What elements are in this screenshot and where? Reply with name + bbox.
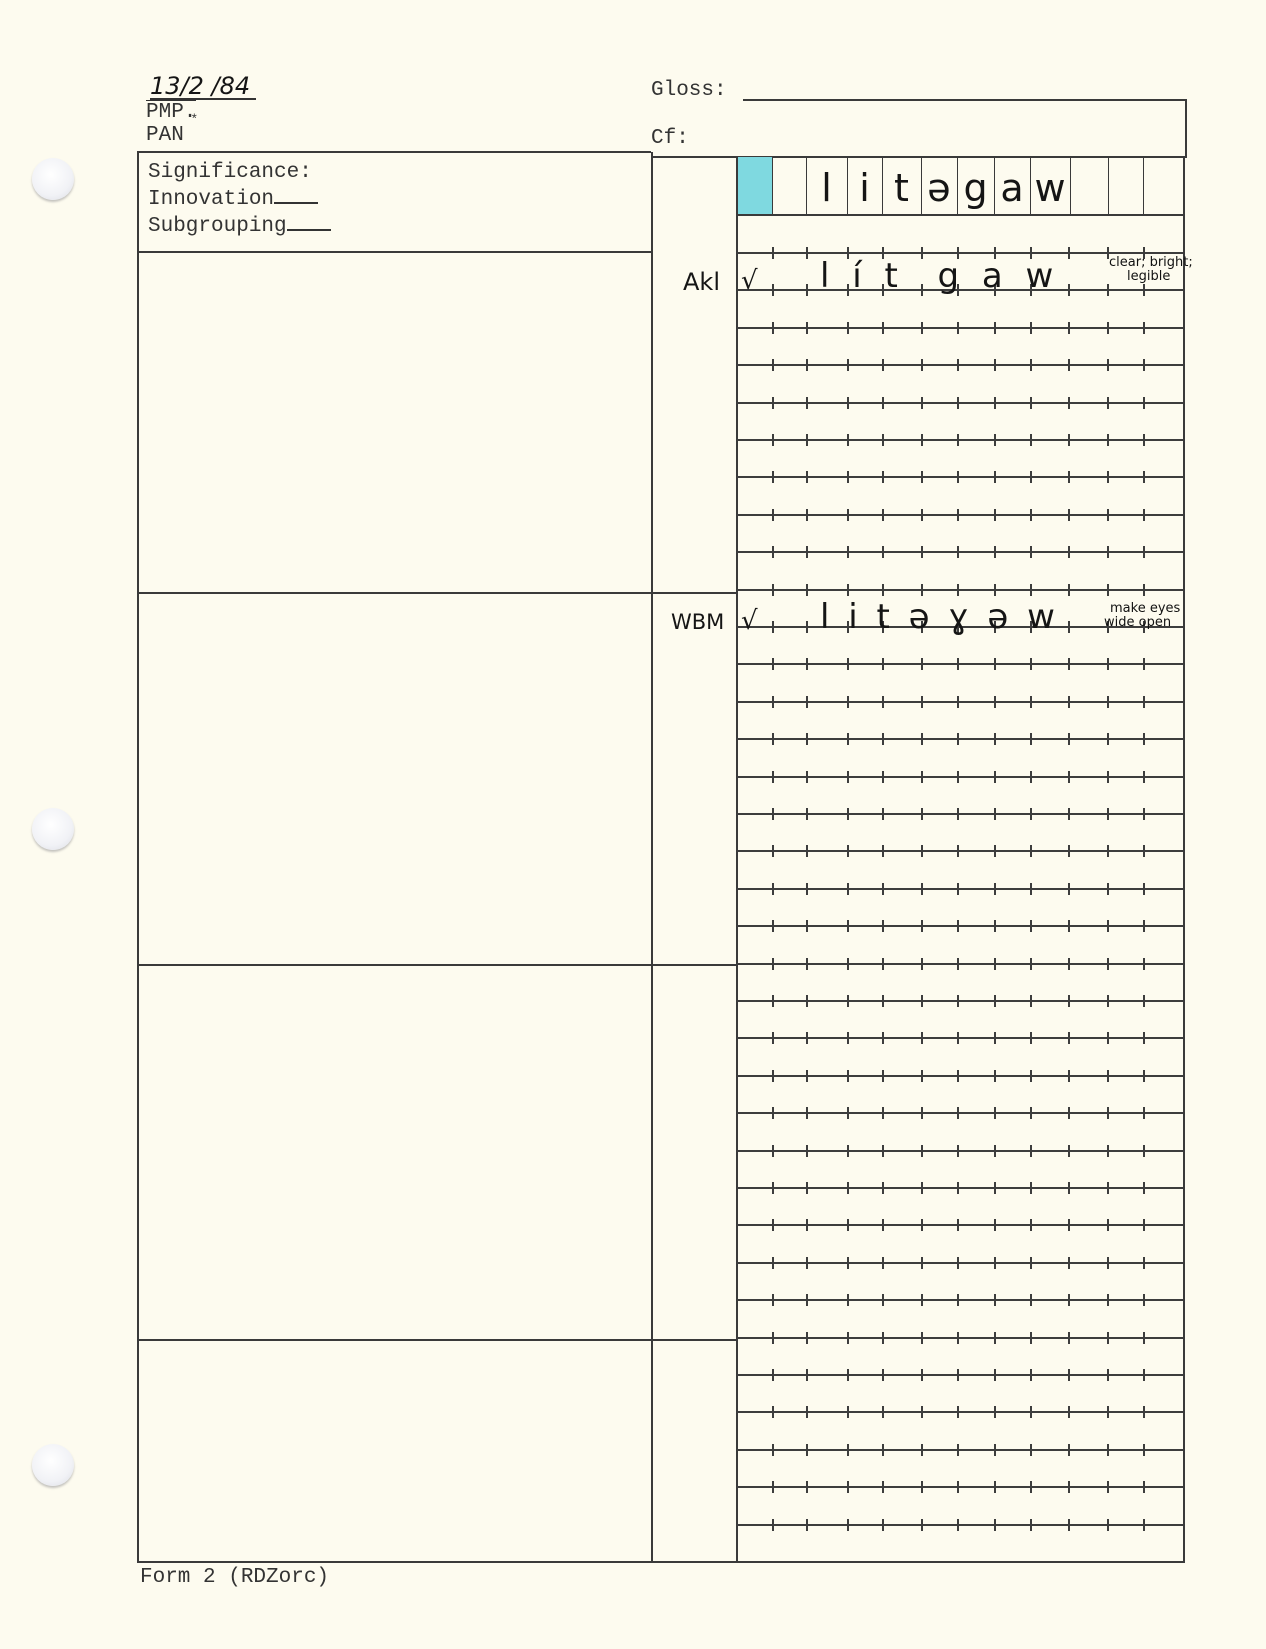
ruled-line-tick <box>1068 322 1070 334</box>
ruled-line-tick <box>1107 658 1109 670</box>
ruled-line-tick <box>847 1219 849 1231</box>
ruled-line-tick <box>1107 733 1109 745</box>
ruled-line-tick <box>921 995 923 1007</box>
ruled-line-tick <box>806 247 808 259</box>
ruled-line-tick <box>921 1070 923 1082</box>
ruled-line-tick <box>772 284 774 296</box>
significance-box-bottom <box>138 251 651 253</box>
ruled-line-tick <box>994 1145 996 1157</box>
ruled-line-tick <box>957 397 959 409</box>
ruled-line-tick <box>957 1257 959 1269</box>
entry-wbm-form-text: l i t ə ɣ ə w <box>820 599 1059 635</box>
ruled-line-tick <box>806 621 808 633</box>
ruled-line-tick <box>994 1294 996 1306</box>
ruled-line-tick <box>847 584 849 596</box>
ruled-line-tick <box>1143 1294 1145 1306</box>
ruled-line-tick <box>882 584 884 596</box>
ruled-line-tick <box>772 546 774 558</box>
ruled-line-tick <box>806 1369 808 1381</box>
ruled-line-tick <box>806 471 808 483</box>
ruled-line <box>737 252 1183 254</box>
ruled-line-tick <box>1068 958 1070 970</box>
ruled-line-tick <box>994 509 996 521</box>
ruled-line <box>737 925 1183 927</box>
ruled-line-tick <box>847 1481 849 1493</box>
ruled-line-tick <box>1068 883 1070 895</box>
ruled-line-tick <box>921 1481 923 1493</box>
ruled-line-tick <box>806 1257 808 1269</box>
ruled-line-tick <box>1107 845 1109 857</box>
ruled-line-tick <box>806 1519 808 1531</box>
ruled-line-tick <box>806 808 808 820</box>
ruled-line-tick <box>1143 995 1145 1007</box>
ruled-line <box>737 1187 1183 1189</box>
ruled-line-tick <box>957 471 959 483</box>
ruled-line-tick <box>1107 584 1109 596</box>
ruled-line-tick <box>806 733 808 745</box>
ruled-line-tick <box>847 920 849 932</box>
ruled-line-tick <box>847 845 849 857</box>
ruled-line-tick <box>806 434 808 446</box>
ruled-line-tick <box>1143 1481 1145 1493</box>
reconstruction-cell-char: i <box>847 168 882 208</box>
ruled-line-tick <box>994 771 996 783</box>
innovation-field[interactable] <box>274 185 318 204</box>
ruled-line-tick <box>1143 1444 1145 1456</box>
ruled-line-tick <box>921 1444 923 1456</box>
ruled-line-tick <box>847 808 849 820</box>
ruled-line <box>737 439 1183 441</box>
reconstruction-cell[interactable] <box>1070 157 1109 215</box>
ruled-line-tick <box>1030 733 1032 745</box>
ruled-line-tick <box>1068 1032 1070 1044</box>
ruled-line-tick <box>806 1444 808 1456</box>
ruled-line-tick <box>1143 322 1145 334</box>
ruled-line-tick <box>957 1369 959 1381</box>
ruled-line-tick <box>806 845 808 857</box>
ruled-line-tick <box>1068 845 1070 857</box>
ruled-line-tick <box>882 1519 884 1531</box>
ruled-line-tick <box>1068 1219 1070 1231</box>
cf-field[interactable] <box>690 122 1090 148</box>
ruled-line-tick <box>994 1406 996 1418</box>
ruled-line-tick <box>921 322 923 334</box>
significance-title: Significance: <box>148 160 331 185</box>
ruled-line-tick <box>1107 1219 1109 1231</box>
ruled-line-tick <box>921 1257 923 1269</box>
ruled-line-tick <box>772 658 774 670</box>
ruled-line-tick <box>1030 322 1032 334</box>
ruled-line <box>737 888 1183 890</box>
ruled-line-tick <box>1068 920 1070 932</box>
ruled-line-tick <box>772 397 774 409</box>
ruled-line-tick <box>921 397 923 409</box>
ruled-line-tick <box>847 995 849 1007</box>
entry-akl-check[interactable]: √ <box>741 266 758 296</box>
ruled-line-tick <box>1068 995 1070 1007</box>
ruled-line-tick <box>1030 1182 1032 1194</box>
ruled-line-tick <box>772 1406 774 1418</box>
ruled-line-tick <box>847 1070 849 1082</box>
ruled-line-tick <box>806 883 808 895</box>
ruled-line-tick <box>921 1032 923 1044</box>
ruled-line-tick <box>921 771 923 783</box>
ruled-line-tick <box>994 1369 996 1381</box>
ruled-line-tick <box>1030 1145 1032 1157</box>
ruled-line-tick <box>1030 1444 1032 1456</box>
ruled-line-tick <box>1068 771 1070 783</box>
innovation-row: Innovation <box>148 185 331 212</box>
ruled-line-tick <box>772 1444 774 1456</box>
ruled-line-tick <box>806 696 808 708</box>
ruled-line-tick <box>772 621 774 633</box>
entry-akl-form: l í t g a w <box>820 256 1060 296</box>
ruled-line-tick <box>957 958 959 970</box>
ruled-line-tick <box>994 322 996 334</box>
ruled-line-tick <box>882 1070 884 1082</box>
ruled-line-tick <box>1107 471 1109 483</box>
ruled-line-tick <box>994 1519 996 1531</box>
ruled-line-tick <box>921 471 923 483</box>
ruled-line-tick <box>1068 509 1070 521</box>
ruled-line-tick <box>957 546 959 558</box>
ruled-line-tick <box>772 733 774 745</box>
ruled-line-tick <box>772 247 774 259</box>
ruled-line <box>737 514 1183 516</box>
ruled-line-tick <box>772 845 774 857</box>
hole-punch-bottom <box>32 1444 74 1486</box>
ruled-line-tick <box>921 808 923 820</box>
ruled-line-tick <box>921 546 923 558</box>
ruled-line-tick <box>994 1182 996 1194</box>
ruled-line-tick <box>882 509 884 521</box>
ruled-line-tick <box>806 1032 808 1044</box>
ruled-line-tick <box>994 1032 996 1044</box>
ruled-line-tick <box>1107 397 1109 409</box>
ruled-line-tick <box>921 584 923 596</box>
ruled-line-tick <box>882 1145 884 1157</box>
ruled-line-tick <box>1107 696 1109 708</box>
ruled-line-tick <box>957 808 959 820</box>
ruled-line-tick <box>882 1294 884 1306</box>
ruled-line-tick <box>1143 359 1145 371</box>
ruled-line <box>737 1524 1183 1526</box>
ruled-line-tick <box>921 845 923 857</box>
ruled-line-tick <box>1107 1406 1109 1418</box>
ruled-line-tick <box>847 359 849 371</box>
ruled-line-tick <box>957 1294 959 1306</box>
ruled-line-tick <box>772 322 774 334</box>
ruled-line-tick <box>957 322 959 334</box>
ruled-line-tick <box>994 920 996 932</box>
ruled-line-tick <box>1143 1145 1145 1157</box>
ruled-line <box>737 1486 1183 1488</box>
ruled-line-tick <box>1068 1182 1070 1194</box>
ruled-line-tick <box>772 1032 774 1044</box>
ruled-line-tick <box>1143 1332 1145 1344</box>
ruled-line-tick <box>847 1406 849 1418</box>
ruled-line-tick <box>882 434 884 446</box>
ruled-line-tick <box>957 1107 959 1119</box>
ruled-line-tick <box>1143 771 1145 783</box>
ruled-line-tick <box>882 1481 884 1493</box>
frame-bottom-border <box>137 1561 1184 1563</box>
ruled-line-tick <box>806 658 808 670</box>
ruled-line-tick <box>1143 658 1145 670</box>
ruled-line-tick <box>921 920 923 932</box>
ruled-line-tick <box>1030 1519 1032 1531</box>
ruled-line-tick <box>1107 808 1109 820</box>
ruled-line-tick <box>1107 883 1109 895</box>
ruled-line-tick <box>1107 359 1109 371</box>
ruled-line-tick <box>921 1182 923 1194</box>
hole-punch-top <box>32 158 74 200</box>
ruled-line-tick <box>1143 546 1145 558</box>
subgrouping-field[interactable] <box>287 212 331 231</box>
ruled-line-tick <box>1143 471 1145 483</box>
ruled-line-tick <box>957 920 959 932</box>
ruled-line-tick <box>772 1481 774 1493</box>
ruled-line-tick <box>847 471 849 483</box>
ruled-line-tick <box>994 546 996 558</box>
section-divider-3 <box>138 1339 737 1341</box>
ruled-line-tick <box>921 958 923 970</box>
reconstruction-cell-highlighted[interactable] <box>737 157 773 215</box>
significance-box: Significance: Innovation Subgrouping <box>148 160 331 239</box>
ruled-line-tick <box>1143 920 1145 932</box>
ruled-line-tick <box>994 434 996 446</box>
ruled-line-tick <box>1068 1406 1070 1418</box>
ruled-line-tick <box>772 883 774 895</box>
ruled-line-tick <box>882 1369 884 1381</box>
ruled-line <box>737 1262 1183 1264</box>
ruled-line-tick <box>994 1070 996 1082</box>
ruled-line-tick <box>806 920 808 932</box>
ruled-line-tick <box>957 696 959 708</box>
cell-row-bottom <box>736 214 1185 216</box>
ruled-line-tick <box>994 1257 996 1269</box>
reconstruction-cell[interactable] <box>1143 157 1186 215</box>
ruled-line-tick <box>882 658 884 670</box>
ruled-line-tick <box>1143 845 1145 857</box>
ruled-line-tick <box>1030 1032 1032 1044</box>
entry-akl-gloss-note: clear; bright; legible <box>1109 256 1193 284</box>
ruled-line-tick <box>957 1070 959 1082</box>
ruled-line-tick <box>1143 733 1145 745</box>
ruled-line-tick <box>1068 546 1070 558</box>
ruled-line-tick <box>772 1519 774 1531</box>
ruled-line-tick <box>772 1145 774 1157</box>
ruled-line-tick <box>957 359 959 371</box>
ruled-line-tick <box>847 1145 849 1157</box>
ruled-line-tick <box>1143 696 1145 708</box>
ruled-line-tick <box>921 696 923 708</box>
ruled-line-tick <box>957 658 959 670</box>
ruled-line-tick <box>1068 1444 1070 1456</box>
ruled-line-tick <box>1068 1332 1070 1344</box>
frame-right-border <box>1183 157 1185 1563</box>
ruled-line-tick <box>957 995 959 1007</box>
ruled-line-tick <box>1143 808 1145 820</box>
gloss-field[interactable] <box>743 99 1187 101</box>
ruled-line-tick <box>882 1032 884 1044</box>
ruled-line-tick <box>957 1032 959 1044</box>
section-divider-1 <box>138 592 737 594</box>
ruled-line <box>737 402 1183 404</box>
ruled-line-tick <box>1143 397 1145 409</box>
ruled-line-tick <box>806 322 808 334</box>
ruled-line-tick <box>957 1519 959 1531</box>
ruled-line-tick <box>1030 1107 1032 1119</box>
ruled-line-tick <box>806 1481 808 1493</box>
ruled-line-tick <box>1068 1519 1070 1531</box>
ruled-line-tick <box>1107 1519 1109 1531</box>
ruled-line-tick <box>1107 1257 1109 1269</box>
ruled-line-tick <box>1030 359 1032 371</box>
ruled-line-tick <box>921 1294 923 1306</box>
ruled-line-tick <box>1107 995 1109 1007</box>
ruled-line-tick <box>1030 845 1032 857</box>
ruled-line-tick <box>772 1182 774 1194</box>
form-footer-label: Form 2 (RDZorc) <box>140 1565 329 1590</box>
ruled-line-tick <box>1107 920 1109 932</box>
ruled-line-tick <box>1107 434 1109 446</box>
ruled-line-tick <box>1107 1444 1109 1456</box>
ruled-line-tick <box>882 322 884 334</box>
ruled-line-tick <box>772 471 774 483</box>
ruled-line-tick <box>772 1332 774 1344</box>
ruled-line-tick <box>882 1257 884 1269</box>
ruled-line-tick <box>1143 1406 1145 1418</box>
ruled-line-tick <box>806 1332 808 1344</box>
ruled-line-tick <box>1030 958 1032 970</box>
ruled-line-tick <box>1030 509 1032 521</box>
ruled-line <box>737 1411 1183 1413</box>
ruled-line-tick <box>847 771 849 783</box>
ruled-line-tick <box>847 733 849 745</box>
reconstruction-cell[interactable] <box>1108 157 1144 215</box>
ruled-line-tick <box>882 771 884 783</box>
ruled-line-tick <box>847 696 849 708</box>
ruled-line-tick <box>806 509 808 521</box>
ruled-line-tick <box>1143 1369 1145 1381</box>
reconstruction-cell-char: t <box>882 168 921 208</box>
ruled-line-tick <box>1030 696 1032 708</box>
ruled-line-tick <box>1068 471 1070 483</box>
ruled-line-tick <box>1143 958 1145 970</box>
ruled-line <box>737 1224 1183 1226</box>
ruled-line-tick <box>957 584 959 596</box>
entry-akl-language: Akl <box>683 268 720 296</box>
ruled-line-tick <box>957 1332 959 1344</box>
ruled-line-tick <box>957 1219 959 1231</box>
ruled-line-tick <box>1068 658 1070 670</box>
ruled-line-tick <box>1107 1107 1109 1119</box>
ruled-line-tick <box>847 1032 849 1044</box>
ruled-line-tick <box>806 1145 808 1157</box>
ruled-line-tick <box>772 1107 774 1119</box>
ruled-line-tick <box>806 1406 808 1418</box>
entry-wbm-check[interactable]: √ <box>741 606 758 636</box>
ruled-line <box>737 589 1183 591</box>
ruled-line-tick <box>921 883 923 895</box>
ruled-line <box>737 1037 1183 1039</box>
ruled-line-tick <box>921 1145 923 1157</box>
ruled-line <box>737 476 1183 478</box>
ruled-line-tick <box>847 1182 849 1194</box>
ruled-line-tick <box>957 771 959 783</box>
ruled-line-tick <box>994 958 996 970</box>
date-field: 13/2 /84 <box>150 74 256 100</box>
ruled-line-tick <box>1107 509 1109 521</box>
ruled-line-tick <box>1143 1070 1145 1082</box>
ruled-line-tick <box>1107 1332 1109 1344</box>
ruled-line-tick <box>1030 1332 1032 1344</box>
ruled-line-tick <box>1030 1070 1032 1082</box>
ruled-line-tick <box>882 1182 884 1194</box>
ruled-line-tick <box>1107 1369 1109 1381</box>
ruled-line-tick <box>994 845 996 857</box>
ruled-line-tick <box>847 1107 849 1119</box>
cf-label: Cf: <box>651 126 689 151</box>
ruled-line-tick <box>882 359 884 371</box>
ruled-line-tick <box>994 359 996 371</box>
ruled-line-tick <box>1068 284 1070 296</box>
ruled-line-tick <box>921 1369 923 1381</box>
ruled-line-tick <box>806 958 808 970</box>
ruled-line-tick <box>882 546 884 558</box>
ruled-line-tick <box>806 546 808 558</box>
ruled-line-tick <box>1030 883 1032 895</box>
ruled-line-tick <box>882 1332 884 1344</box>
reconstruction-cell-char: l <box>806 168 847 208</box>
ruled-line-tick <box>1030 1369 1032 1381</box>
gloss-box-right-border <box>1185 100 1187 158</box>
ruled-line-tick <box>1107 958 1109 970</box>
entry-wbm-form: l i t ə ɣ ə w <box>820 597 1080 637</box>
ruled-line <box>737 1075 1183 1077</box>
entry-akl-form-text: l í t g a w <box>820 258 1059 294</box>
ruled-line-tick <box>772 696 774 708</box>
ruled-line-tick <box>1107 1294 1109 1306</box>
ruled-line-tick <box>847 509 849 521</box>
ruled-line-tick <box>1143 1032 1145 1044</box>
entry-wbm-language: WBM <box>671 610 724 634</box>
ruled-line <box>737 1299 1183 1301</box>
ruled-line-tick <box>847 397 849 409</box>
ruled-line-tick <box>957 1406 959 1418</box>
pmp-label: PMP. <box>146 100 196 124</box>
ruled-line-tick <box>1068 1481 1070 1493</box>
ruled-line-tick <box>882 471 884 483</box>
ruled-line-tick <box>957 845 959 857</box>
ruled-line-tick <box>1107 1145 1109 1157</box>
ruled-line-tick <box>1143 1107 1145 1119</box>
ruled-line-tick <box>772 1257 774 1269</box>
ruled-line-tick <box>1068 1294 1070 1306</box>
ruled-line-tick <box>847 546 849 558</box>
ruled-line-tick <box>847 958 849 970</box>
reconstruction-cell[interactable] <box>772 157 807 215</box>
ruled-line-tick <box>1030 546 1032 558</box>
ruled-line-tick <box>994 397 996 409</box>
ruled-line-tick <box>1068 808 1070 820</box>
ruled-line-tick <box>1030 1481 1032 1493</box>
ruled-line-tick <box>1030 920 1032 932</box>
ruled-line-tick <box>994 995 996 1007</box>
ruled-line-tick <box>1068 733 1070 745</box>
ruled-line-tick <box>1143 1182 1145 1194</box>
